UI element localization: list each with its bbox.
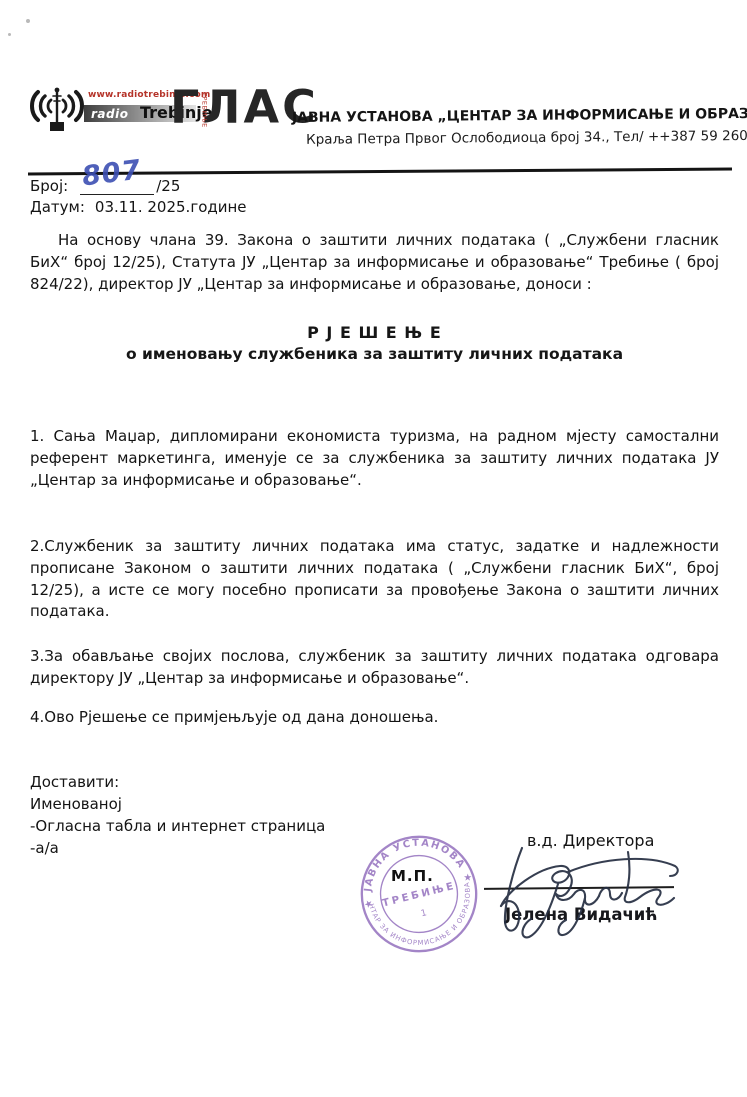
paragraph-4: 4.Ово Рјешење се примјењљује од дана дон… (30, 707, 719, 729)
glas-vertical-text: ТРЕБИЊЕ (201, 92, 208, 128)
document-title-block: Р Ј Е Ш Е Њ Е о именовању службеника за … (30, 323, 719, 363)
number-suffix: /25 (156, 177, 180, 195)
date-value: 03.11. 2025.године (95, 198, 247, 216)
number-blank-line: 807 (80, 179, 154, 195)
delivery-item: Именованој (30, 793, 325, 815)
preamble-paragraph: На основу члана 39. Закона о заштити лич… (30, 230, 719, 295)
document-title: Р Ј Е Ш Е Њ Е (30, 323, 719, 342)
delivery-label: Доставити: (30, 771, 325, 793)
document-meta: Број:807/25 Датум:03.11. 2025.године (30, 177, 247, 219)
letterhead: ЈАВНА УСТАНОВА „ЦЕНТАР ЗА ИНФОРМИСАЊЕ И … (292, 106, 742, 148)
scan-speck (8, 33, 11, 36)
delivery-item: -а/а (30, 837, 325, 859)
delivery-list: Доставити: Именованој -Огласна табла и и… (30, 771, 325, 859)
paragraph-1: 1. Сања Маџар, дипломирани економиста ту… (30, 426, 719, 491)
organization-name: ЈАВНА УСТАНОВА „ЦЕНТАР ЗА ИНФОРМИСАЊЕ И … (292, 106, 742, 126)
scan-speck (26, 19, 30, 23)
document-subtitle: о именовању службеника за заштиту личних… (30, 345, 719, 363)
logo-radio-label: radio (84, 107, 128, 121)
svg-text:ЦЕНТАР ЗА ИНФОРМИСАЊЕ И ОБРАЗО: ЦЕНТАР ЗА ИНФОРМИСАЊЕ И ОБРАЗОВАЊЕ (338, 813, 483, 963)
paragraph-2: 2.Службеник за заштиту личних података и… (30, 536, 719, 623)
handwritten-number: 807 (81, 154, 144, 192)
organization-address: Краља Петра Првог Ослободиоца број 34., … (306, 128, 742, 148)
date-label: Датум: (30, 198, 85, 216)
handwritten-signature (468, 836, 693, 944)
number-label: Број: (30, 177, 68, 195)
mp-place-of-stamp-label: М.П. (391, 867, 434, 885)
stamp-arc-bottom-text: ЦЕНТАР ЗА ИНФОРМИСАЊЕ И ОБРАЗОВАЊЕ (338, 813, 483, 963)
stamp-number-text: 1 (420, 908, 428, 919)
delivery-item: -Огласна табла и интернет страница (30, 815, 325, 837)
paragraph-3: 3.За обављање својих послова, службеник … (30, 646, 719, 690)
scanned-document-page: www.radiotrebinje.com radio Trebinje ГЛА… (0, 0, 747, 1097)
radio-waves-icon (28, 86, 86, 136)
